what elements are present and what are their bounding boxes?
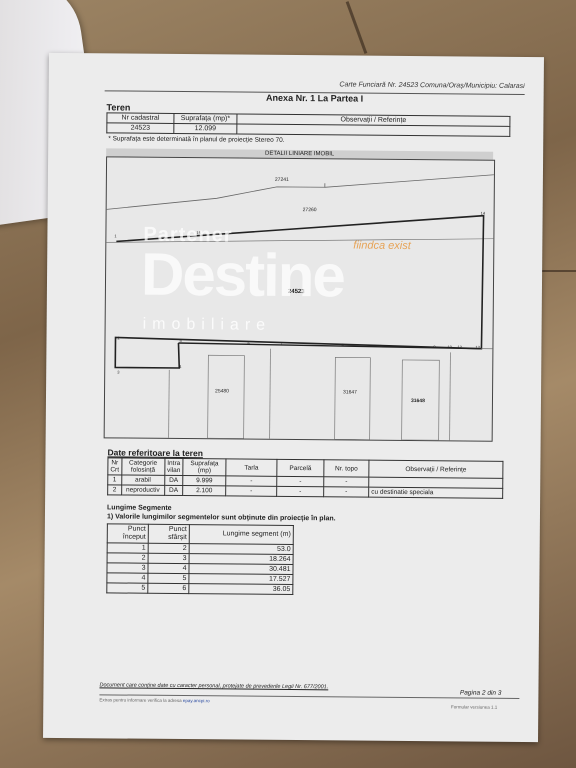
teren-heading: Teren	[106, 102, 130, 112]
point-label: 4	[179, 364, 181, 369]
form-version: Formular versiunea 1.1	[451, 704, 497, 709]
point-label: 7	[280, 341, 282, 346]
epay-link[interactable]: epay.ancpi.ro	[183, 698, 210, 703]
cell: 2	[108, 485, 122, 495]
cell: 2	[107, 553, 148, 563]
cell: 2	[148, 543, 189, 553]
date-referitoare-table: Nr Crt Categorie folosință Intra vilan S…	[107, 457, 503, 498]
col-parcela: Parcelă	[277, 459, 324, 476]
cell: 36.05	[189, 584, 293, 595]
cell: 5	[148, 573, 189, 583]
point-label: 1	[114, 233, 116, 238]
cell: 1	[107, 543, 148, 553]
point-label: 6	[247, 341, 249, 346]
col-intravilan: Intra vilan	[164, 458, 183, 475]
col-tarla: Tarla	[226, 459, 277, 476]
cell: -	[324, 487, 369, 497]
parcel-label-31647: 31647	[343, 389, 357, 395]
cell: 3	[148, 553, 189, 563]
cell: neproductiv	[121, 485, 164, 495]
watermark-imobiliare: imobiliare	[143, 316, 272, 335]
point-label: 8	[341, 342, 343, 347]
cell: DA	[164, 485, 182, 495]
point-label: 2	[117, 335, 119, 340]
lungime-segmente-table: Punct început Punct sfârșit Lungime segm…	[106, 523, 294, 595]
lungime-note: 1) Valorile lungimilor segmentelor sunt …	[107, 513, 336, 522]
teren-note: * Suprafața este determinată în planul d…	[108, 135, 284, 144]
cell: arabil	[121, 475, 164, 485]
point-label: 3	[117, 369, 119, 374]
parcel-label-25480: 25480	[215, 388, 229, 394]
footer-legal-notice: Document care conține date cu caracter p…	[99, 682, 328, 690]
col-suprafata: Suprafața (mp)*	[174, 113, 237, 124]
col-nr-crt: Nr Crt	[108, 458, 122, 475]
cell: -	[324, 477, 369, 487]
cell-observatii	[237, 124, 510, 136]
cell: DA	[164, 475, 182, 485]
document-page: Carte Funciară Nr. 24523 Comuna/Oraș/Mun…	[43, 53, 544, 742]
col-lungime: Lungime segment (m)	[189, 525, 293, 545]
point-label: 10	[447, 344, 451, 349]
col-observatii: Observații / Referințe	[369, 460, 503, 478]
table-row: 24523 12.099	[107, 123, 510, 137]
cell-suprafata: 12.099	[174, 123, 237, 134]
col-punct-inceput: Punct început	[107, 524, 148, 543]
col-categorie: Categorie folosință	[121, 458, 164, 475]
cell: 3	[107, 563, 148, 573]
cell: -	[277, 476, 324, 486]
point-label: 12	[457, 344, 461, 349]
parcel-label-31648: 31648	[411, 398, 425, 404]
cell: -	[277, 486, 324, 496]
cell: -	[226, 476, 277, 486]
cell-nr-cadastral: 24523	[107, 123, 174, 134]
footer-source: Extras pentru informare verifica la adre…	[99, 697, 209, 703]
cell: 4	[148, 563, 189, 573]
watermark-tagline: fiindca exist	[353, 240, 411, 253]
table-row: 2 neproductiv DA 2.100 - - - cu destinat…	[108, 485, 503, 498]
point-label: 9	[433, 344, 435, 349]
point-label: 14	[481, 211, 485, 216]
cell: 2.100	[183, 486, 226, 496]
cell: 6	[148, 583, 189, 593]
cell: 9.999	[183, 476, 226, 486]
page-number: Pagina 2 din 3	[460, 689, 502, 696]
col-punct-sfarsit: Punct sfârșit	[148, 524, 189, 543]
col-nr-cadastral: Nr cadastral	[107, 113, 174, 124]
carte-funciara-header: Carte Funciară Nr. 24523 Comuna/Oraș/Mun…	[339, 81, 524, 90]
point-label: 13	[475, 345, 479, 350]
point-label: 5	[179, 338, 181, 343]
cell: cu destinatie speciala	[369, 487, 503, 498]
table-row: 5636.05	[107, 583, 293, 595]
col-suprafata: Suprafața (mp)	[183, 459, 226, 476]
footer-source-text: Extras pentru informare verifica la adre…	[99, 697, 181, 703]
cell: 5	[107, 583, 148, 593]
floor-seam	[346, 1, 368, 54]
cell: 4	[107, 573, 148, 583]
cell: -	[226, 486, 277, 496]
parcel-label-27260: 27260	[303, 207, 317, 213]
lungime-heading: Lungime Segmente	[107, 504, 172, 512]
col-nr-topo: Nr. topo	[324, 460, 369, 477]
teren-table: Nr cadastral Suprafața (mp)* Observații …	[106, 112, 510, 137]
parcel-label-27241: 27241	[275, 177, 289, 183]
watermark-brand: Destine	[141, 240, 344, 311]
cell: 1	[108, 475, 122, 485]
